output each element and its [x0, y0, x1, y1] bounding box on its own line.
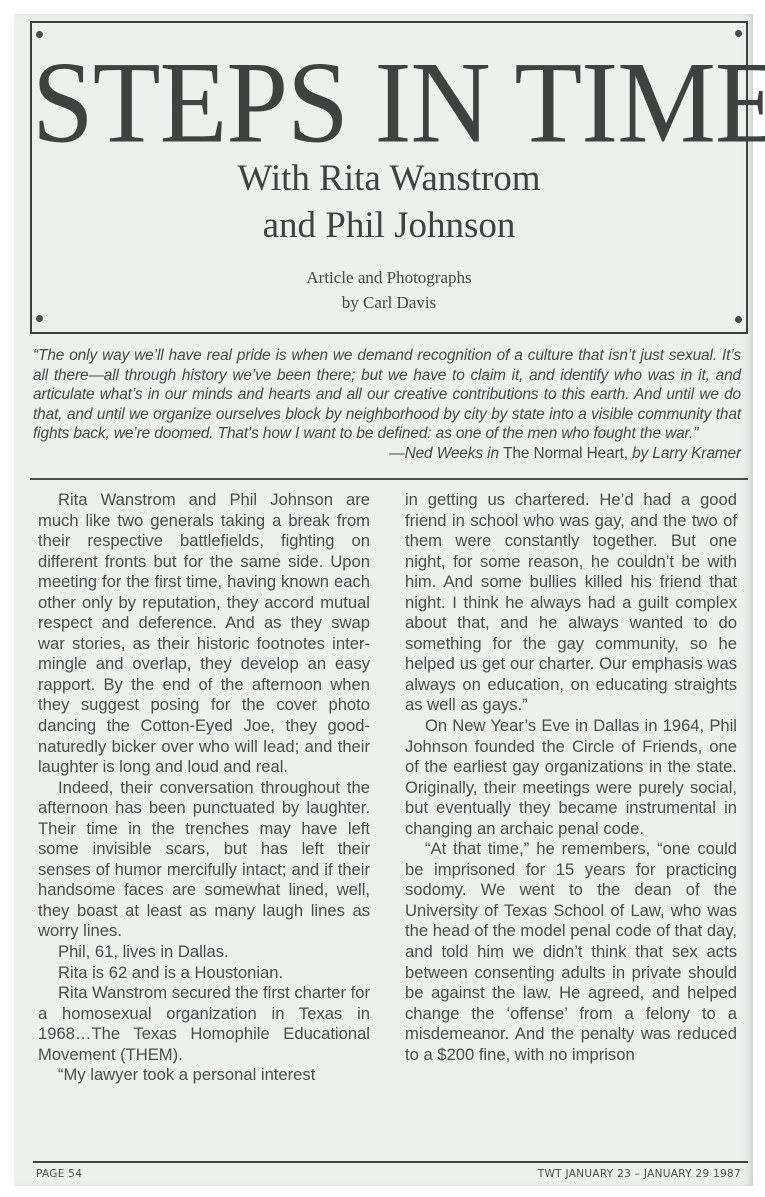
corner-dot-icon — [735, 316, 742, 323]
body-paragraph: On New Year’s Eve in Dallas in 1964, Phi… — [405, 716, 737, 839]
byline-line-2: by Carl Davis — [32, 290, 746, 315]
article-subtitle: With Rita Wanstrom and Phil Johnson — [32, 155, 746, 249]
body-paragraph: Rita Wanstrom and Phil Johnson are much … — [38, 490, 370, 778]
epigraph-attribution: —Ned Weeks in The Normal Heart, by Larry… — [33, 444, 741, 464]
body-paragraph: “My lawyer took a personal interest — [38, 1065, 370, 1086]
body-paragraph: Phil, 61, lives in Dallas. — [38, 942, 370, 963]
attribution-prefix: —Ned Weeks in — [389, 445, 503, 462]
subtitle-line-2: and Phil Johnson — [32, 202, 746, 249]
epigraph-quote: “The only way we’ll have real pride is w… — [33, 346, 741, 463]
body-paragraph: in getting us chartered. He’d had a good… — [405, 490, 737, 716]
epigraph-text: “The only way we’ll have real pride is w… — [33, 347, 741, 442]
title-box: STEPS IN TIME With Rita Wanstrom and Phi… — [30, 21, 748, 334]
body-paragraph: Indeed, their conversation through­out t… — [38, 778, 370, 942]
body-paragraph: Rita Wanstrom secured the first char­ter… — [38, 983, 370, 1065]
subtitle-line-1: With Rita Wanstrom — [32, 155, 746, 202]
article-byline: Article and Photographs by Carl Davis — [32, 265, 746, 315]
footer-divider — [33, 1161, 748, 1163]
corner-dot-icon — [36, 315, 43, 322]
page-number: PAGE 54 — [36, 1167, 82, 1181]
section-divider — [30, 478, 748, 480]
issue-date: TWT JANUARY 23 – JANUARY 29 1987 — [538, 1167, 741, 1181]
body-column-right: in getting us chartered. He’d had a good… — [405, 490, 737, 1065]
body-column-left: Rita Wanstrom and Phil Johnson are much … — [38, 490, 370, 1086]
attribution-work-title: The Normal Heart, — [503, 445, 628, 462]
attribution-author: by Larry Kramer — [628, 445, 741, 462]
corner-dot-icon — [36, 31, 43, 38]
article-headline: STEPS IN TIME — [32, 45, 746, 162]
corner-dot-icon — [735, 30, 742, 37]
body-paragraph: Rita is 62 and is a Houstonian. — [38, 963, 370, 984]
body-paragraph: “At that time,” he remembers, “one could… — [405, 839, 737, 1065]
byline-line-1: Article and Photographs — [32, 265, 746, 290]
